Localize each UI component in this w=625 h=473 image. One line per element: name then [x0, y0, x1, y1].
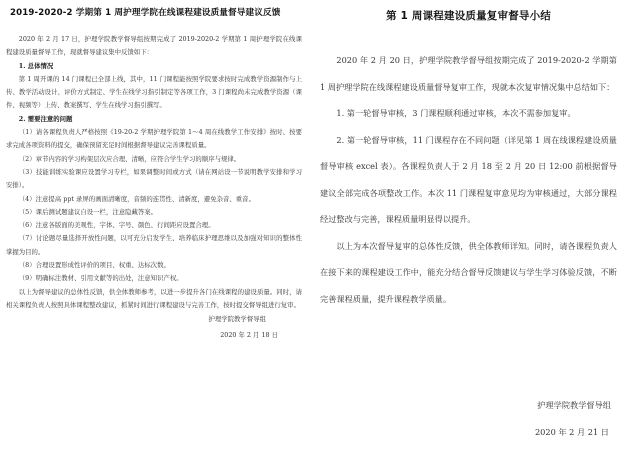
- intro-paragraph: 2020 年 2 月 20 日，护理学院教学督导组按期完成了 2019-2020…: [320, 47, 617, 100]
- document-title: 第 1 周课程建设质量复审督导小结: [312, 8, 625, 23]
- issue-item: （6）注意各版面的美观性，字体、字号、颜色、行间距应设置合理。: [6, 219, 302, 232]
- issue-item: （5）课后测试题建议自设一栏，注意隐藏答案。: [6, 206, 302, 219]
- section-heading-overall: 1. 总体情况: [6, 60, 302, 73]
- issue-item: （2）章节内容的学习构架层次应合理、清晰，应符合学生学习的顺序与规律。: [6, 153, 302, 166]
- signature-date: 2020 年 2 月 21 日: [320, 419, 617, 446]
- signature-org: 护理学院教学督导组: [320, 392, 617, 419]
- closing-paragraph: 以上为本次督导复审的总体性反馈，供全体教师详知。同时，请各课程负责人在接下来的课…: [320, 233, 617, 313]
- issue-item: （4）注意提高 ppt 录屏的画面清晰度，音频的连贯性、清新度，避免杂音、重音。: [6, 193, 302, 206]
- issue-item: （7）讨论题尽量选择开放性问题，以可充分启发学生、培养临床护理思维以及加强对知识…: [6, 232, 302, 259]
- document-body: 2020 年 2 月 20 日，护理学院教学督导组按期完成了 2019-2020…: [320, 47, 617, 445]
- intro-paragraph: 2020 年 2 月 17 日，护理学院教学督导组按期完成了 2019-2020…: [6, 33, 302, 60]
- summary-item: 2. 第一轮督导审核，11 门课程存在不同问题（详见第 1 周在线课程建设质量督…: [320, 127, 617, 233]
- signature-date: 2020 年 2 月 18 日: [6, 329, 302, 342]
- signature-org: 护理学院教学督导组: [6, 313, 302, 326]
- section-heading-issues: 2. 需要注意的问题: [6, 113, 302, 126]
- summary-item: 1. 第一轮督导审核，3 门课程顺利通过审核，本次不需参加复审。: [320, 100, 617, 127]
- issue-item: （8）合理设置形成性评价的项目、权重、达标次数。: [6, 259, 302, 272]
- closing-paragraph: 以上为督导建议的总体性反馈，供全体教师参考，以进一步提升各门在线课程的建设质量。…: [6, 286, 302, 313]
- document-body: 2020 年 2 月 17 日，护理学院教学督导组按期完成了 2019-2020…: [6, 33, 302, 342]
- issue-item: （9）明确标注教材、引用文献等的出处，注意知识产权。: [6, 272, 302, 285]
- document-title: 2019-2020-2 学期第 1 周护理学院在线课程建设质量督导建议反馈: [10, 6, 310, 18]
- overall-paragraph: 第 1 周开课的 14 门课程已全部上线，其中，11 门课程能按照学院要求按时完…: [6, 73, 302, 113]
- issue-item: （1）请各课程负责人严格按照《19-20-2 学期护理学院第 1～4 周在线教学…: [6, 126, 302, 153]
- issue-item: （3）技能训练实验课应设置学习专栏，如果调整时间或方式（请在网站设一节说明教学安…: [6, 166, 302, 193]
- feedback-document: 2019-2020-2 学期第 1 周护理学院在线课程建设质量督导建议反馈 20…: [0, 0, 312, 473]
- review-summary-document: 第 1 周课程建设质量复审督导小结 2020 年 2 月 20 日，护理学院教学…: [312, 0, 625, 473]
